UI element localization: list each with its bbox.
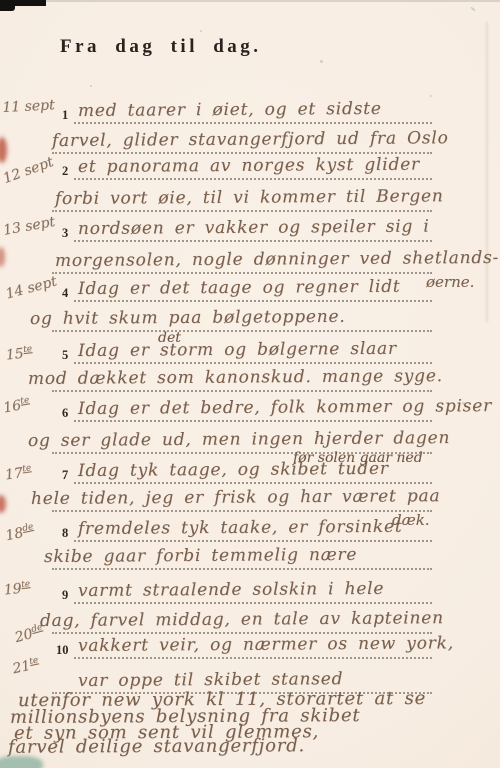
dotted-rule: [52, 568, 432, 570]
entry-number: 9: [62, 588, 68, 603]
inserted-note: det: [158, 330, 181, 346]
entry-number: 3: [62, 226, 68, 241]
margin-date: 14 sept: [4, 273, 59, 302]
dotted-rule: [74, 300, 432, 302]
dotted-rule: [74, 178, 432, 180]
margin-date: 13 sept: [2, 214, 56, 239]
handwritten-line: skibe gaar forbi temmelig nære: [44, 546, 357, 568]
dotted-rule: [52, 330, 432, 332]
margin-date: 15te: [5, 344, 33, 363]
entry-number: 2: [62, 164, 68, 179]
handwritten-line: forbi vort øie, til vi kommer til Bergen: [55, 187, 444, 209]
red-stain: [0, 137, 7, 163]
entry-number: 1: [62, 108, 68, 123]
margin-date: 20de: [13, 623, 45, 647]
red-stain: [0, 247, 5, 267]
handwritten-line: mod dækket som kanonskud. mange syge.: [28, 367, 443, 389]
handwritten-line: vakkert veir, og nærmer os new york,: [78, 634, 454, 656]
handwritten-line: nordsøen er vakker og speiler sig i: [78, 218, 430, 240]
handwritten-line: dag, farvel middag, en tale av kapteinen: [40, 609, 444, 631]
foxing-speck: [320, 60, 323, 63]
handwritten-line: Idag er det bedre, folk kommer og spiser: [78, 397, 492, 419]
entry-number: 8: [62, 526, 68, 541]
entry-number: 4: [62, 286, 68, 301]
red-stain: [0, 495, 6, 513]
dotted-rule: [74, 122, 432, 124]
dotted-rule: [74, 540, 432, 542]
handwritten-line: et panorama av norges kyst glider: [78, 156, 420, 178]
handwritten-line: Idag er det taage og regner lidt: [78, 278, 401, 300]
dotted-rule: [52, 152, 432, 154]
foxing-speck: [430, 95, 432, 97]
margin-date: 12 sept: [1, 154, 56, 187]
handwritten-line: fremdeles tyk taake, er forsinket: [78, 518, 403, 540]
handwritten-line: med taarer i øiet, og et sidste: [78, 100, 382, 122]
entry-number: 7: [62, 468, 68, 483]
dotted-rule: [74, 657, 432, 659]
foxing-speck: [90, 85, 92, 87]
dotted-rule: [52, 390, 432, 392]
inserted-note: før solen gaar ned: [293, 450, 423, 466]
dotted-rule: [52, 510, 432, 512]
dotted-rule: [52, 272, 432, 274]
entry-number: 10: [56, 643, 69, 658]
margin-date: 18de: [4, 522, 36, 544]
dotted-rule: [74, 602, 432, 604]
handwritten-line: og hvit skum paa bølgetoppene.: [30, 308, 346, 330]
entry-number: 6: [62, 406, 68, 421]
teal-smudge: [0, 756, 43, 768]
handwritten-line: farvel, glider stavangerfjord ud fra Osl…: [52, 129, 449, 151]
photo-border-corner: [0, 0, 15, 11]
margin-date: 19te: [3, 579, 31, 598]
margin-date: 11 sept: [2, 97, 55, 116]
dotted-rule: [74, 482, 432, 484]
handwritten-line: varmt straalende solskin i hele: [78, 580, 384, 602]
dotted-rule: [52, 210, 432, 212]
handwritten-line: og ser glade ud, men ingen hjerder dagen: [28, 429, 450, 451]
photo-top-edge: [0, 0, 500, 2]
overflow-line: farvel deilige stavangerfjord.: [8, 736, 305, 758]
paper-crease: [486, 22, 488, 322]
margin-date: 16te: [2, 395, 31, 416]
foxing-speck: [200, 30, 202, 32]
dotted-rule: [74, 420, 432, 422]
handwritten-line: Idag er storm og bølgerne slaar: [78, 340, 397, 362]
wrapped-word: øerne.: [426, 274, 474, 291]
foxing-speck: [470, 6, 476, 11]
handwritten-line: hele tiden, jeg er frisk og har været pa…: [31, 487, 441, 509]
dotted-rule: [74, 240, 432, 242]
scanned-diary-page: Fra dag til dag. 11 sept 1 med taarer i …: [0, 0, 500, 768]
handwritten-line: morgensolen, nogle dønninger ved shetlan…: [55, 249, 499, 272]
entry-number: 5: [62, 348, 68, 363]
margin-date: 21te: [11, 655, 41, 677]
dotted-rule: [74, 362, 432, 364]
margin-date: 17te: [4, 463, 33, 483]
foxing-speck: [462, 402, 465, 405]
page-title: Fra dag til dag.: [60, 36, 262, 58]
